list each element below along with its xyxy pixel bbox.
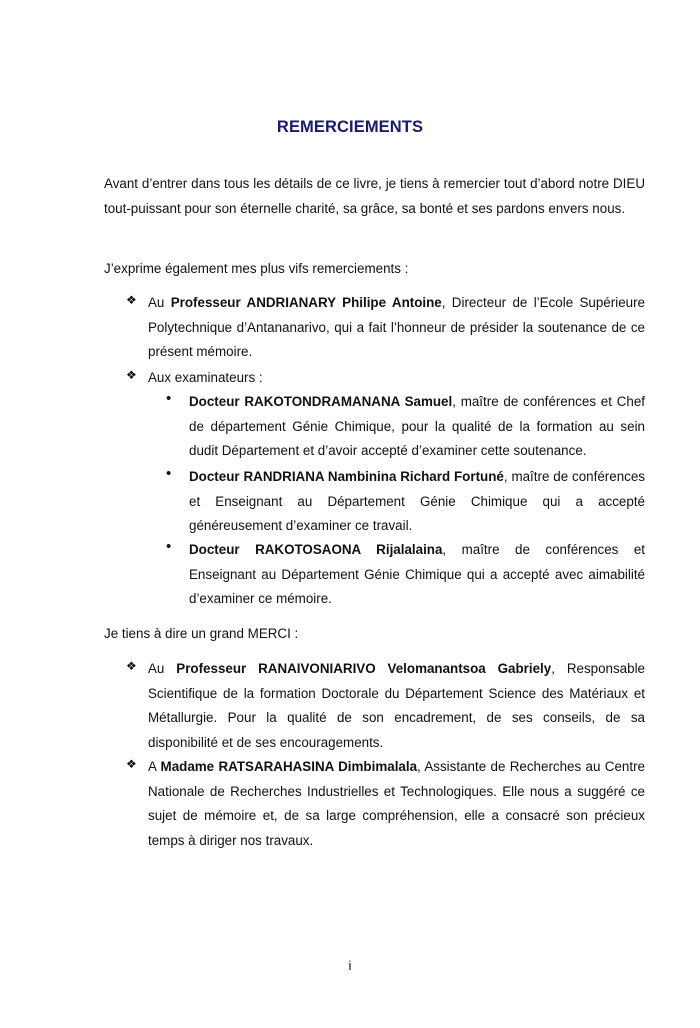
bullet-icon: • (166, 465, 171, 482)
diamond-bullet-icon: ❖ (126, 368, 137, 382)
list-item: Docteur RAKOTONDRAMANANA Samuel, maître … (189, 390, 645, 464)
item-name: Docteur RANDRIANA Nambinina Richard Fort… (189, 469, 504, 484)
list-item: Au Professeur ANDRIANARY Philipe Antoine… (148, 291, 645, 365)
diamond-bullet-icon: ❖ (126, 659, 137, 673)
bullet-icon: • (166, 390, 171, 407)
list-item: Au Professeur RANAIVONIARIVO Velomanants… (148, 657, 645, 755)
list-item: A Madame RATSARAHASINA Dimbimalala, Assi… (148, 755, 645, 853)
item-name: Professeur ANDRIANARY Philipe Antoine (171, 295, 442, 310)
list-item: Docteur RANDRIANA Nambinina Richard Fort… (189, 465, 645, 539)
item-prefix: Au (148, 661, 176, 676)
item-prefix: Au (148, 295, 171, 310)
section2-lead: Je tiens à dire un grand MERCI : (104, 622, 645, 647)
item-name: Professeur RANAIVONIARIVO Velomanantsoa … (176, 661, 551, 676)
item-name: Madame RATSARAHASINA Dimbimalala (161, 759, 417, 774)
bullet-icon: • (166, 538, 171, 555)
diamond-bullet-icon: ❖ (126, 757, 137, 771)
list-item: Aux examinateurs : (148, 366, 645, 391)
diamond-bullet-icon: ❖ (126, 293, 137, 307)
item-name: Docteur RAKOTOSAONA Rijalalaina (189, 542, 442, 557)
list-item: Docteur RAKOTOSAONA Rijalalaina, maître … (189, 538, 645, 612)
item-prefix: A (148, 759, 161, 774)
item-prefix: Aux examinateurs : (148, 370, 263, 385)
item-name: Docteur RAKOTONDRAMANANA Samuel (189, 394, 452, 409)
intro-paragraph: Avant d’entrer dans tous les détails de … (104, 172, 645, 221)
section1-lead: J’exprime également mes plus vifs remerc… (104, 257, 645, 282)
page-number: i (0, 958, 700, 973)
page-title: REMERCIEMENTS (0, 118, 700, 137)
